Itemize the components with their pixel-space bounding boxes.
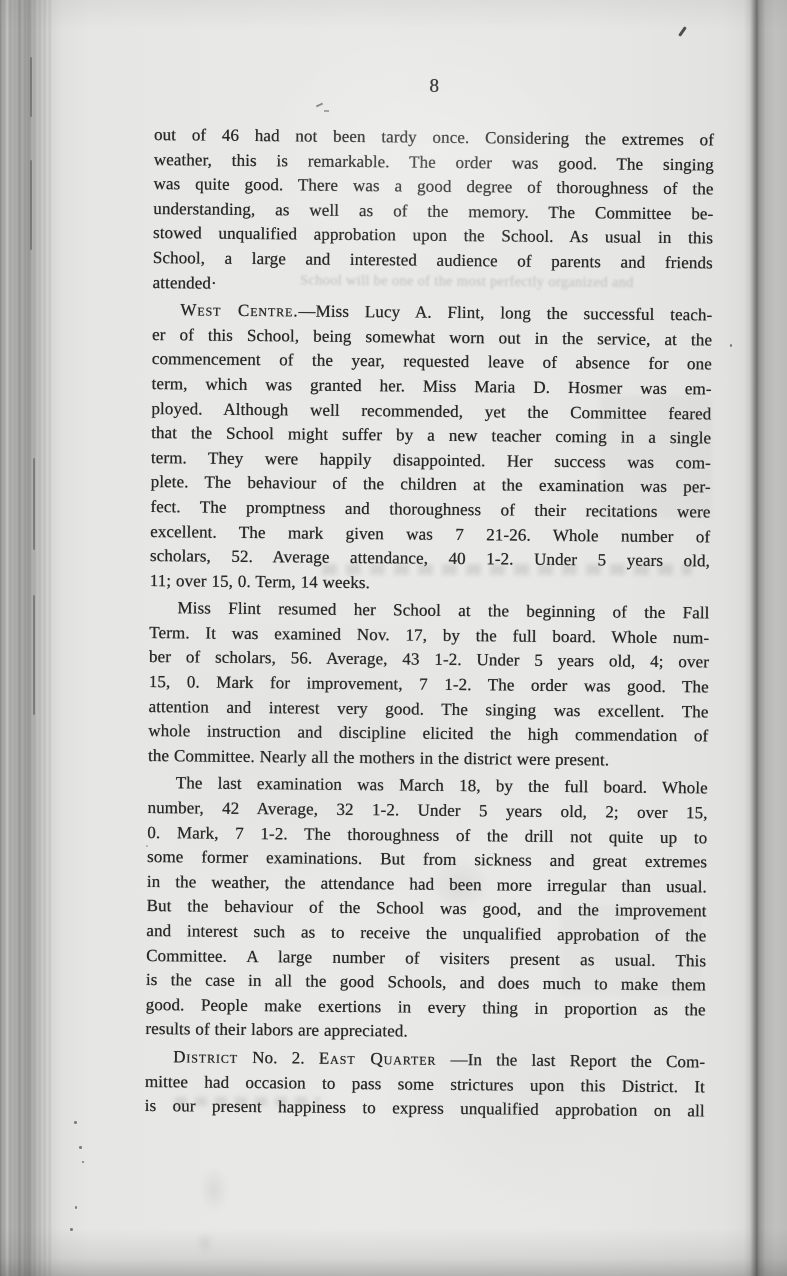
paragraph: Miss Flint resumed her School at the beg… — [148, 596, 710, 774]
paper-stain — [196, 1232, 214, 1254]
paper-speck — [74, 1121, 77, 1124]
paper-speck — [75, 1206, 77, 1209]
paper-speck — [70, 1228, 73, 1231]
showthrough-ghost-text: School will be one of the most perfectly… — [300, 273, 705, 293]
paragraph: The last examination was March 18, by th… — [145, 771, 708, 1047]
book-binding — [0, 0, 52, 1276]
text-line: is our present happiness to express unqu… — [145, 1094, 705, 1124]
paper-speck — [82, 1161, 84, 1163]
paper-stain — [430, 860, 490, 910]
page-number: 8 — [154, 72, 714, 101]
paper-speck — [730, 344, 732, 347]
stitch-mark — [30, 160, 32, 250]
ink-mark — [678, 26, 687, 37]
paper-speck — [146, 845, 148, 847]
stitch-mark — [33, 458, 35, 550]
text-line: results of their labors are appreciated. — [145, 1017, 705, 1047]
paper-stain — [200, 1168, 228, 1212]
paragraph: West Centre.—Miss Lucy A. Flint, long th… — [150, 298, 713, 598]
stitch-mark — [33, 595, 35, 715]
stitch-mark — [30, 57, 32, 117]
paragraph: District No. 2. East Quarter —In the las… — [145, 1045, 706, 1124]
paper-speck — [79, 1146, 82, 1149]
text-block: 8 out of 46 had not been tardy once. Con… — [145, 72, 715, 1127]
scanned-book-page: 8 out of 46 had not been tardy once. Con… — [0, 0, 787, 1276]
